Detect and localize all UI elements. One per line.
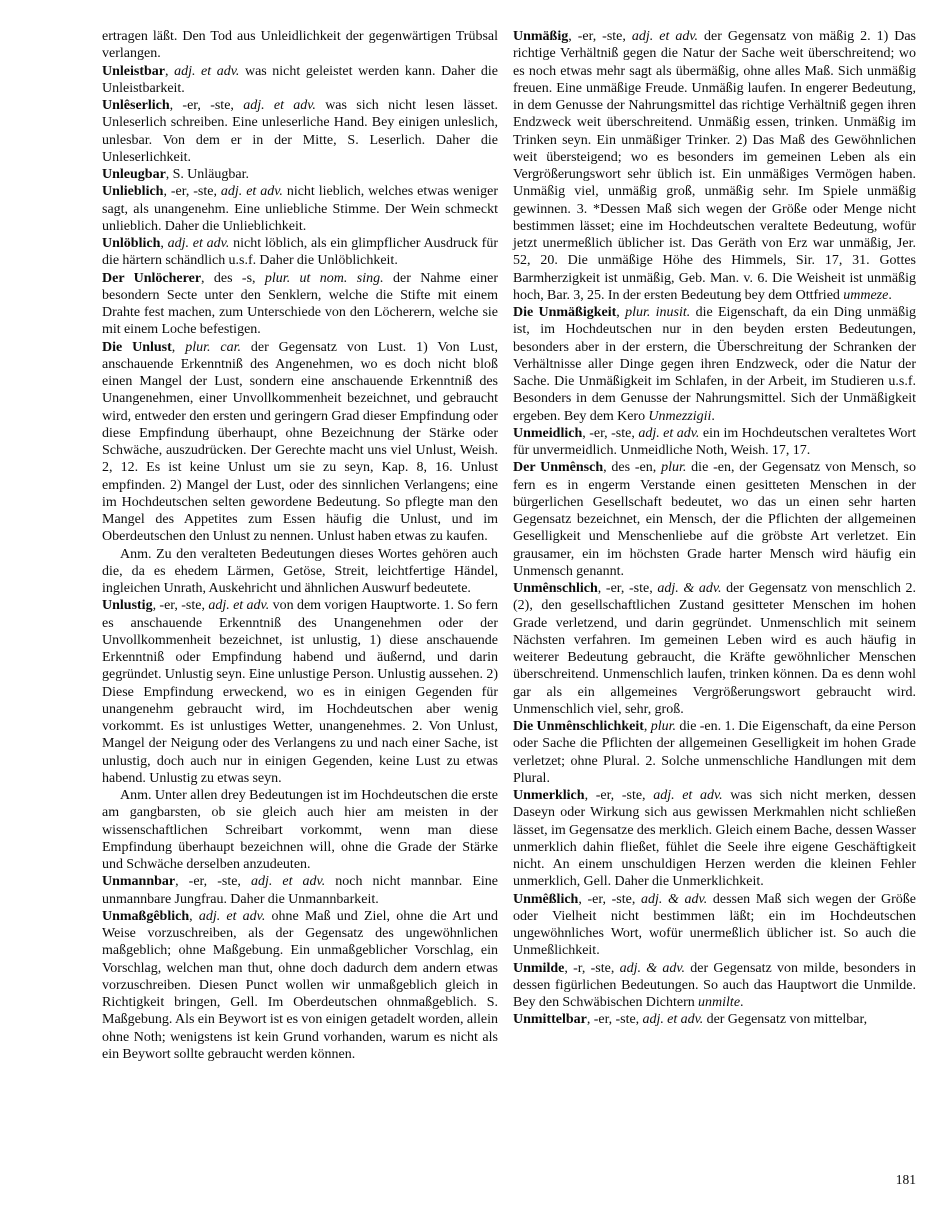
headword: Unmênschlich <box>513 581 598 596</box>
entry-text: , -er, -ste, <box>598 581 658 596</box>
headword: Unleistbar <box>102 64 165 79</box>
entry-text: , <box>189 909 199 924</box>
entry-text: der Gegensatz von menschlich 2. (2), den… <box>513 581 916 717</box>
entry-text: , -er, -ste, <box>163 184 220 199</box>
grammar-label: Unmezzigii <box>648 409 711 424</box>
entry-text: , -er, -ste, <box>582 426 638 441</box>
grammar-label: adj. & adv. <box>657 581 721 596</box>
entry-die-unmenschlichkeit: Die Unmênschlichkeit, plur. die -en. 1. … <box>513 718 916 787</box>
grammar-label: plur. ut nom. sing. <box>265 271 384 286</box>
text-column-right: Unmäßig, -er, -ste, adj. et adv. der Geg… <box>513 28 916 1029</box>
dictionary-page: { "page": { "number": "181" }, "columns"… <box>0 0 935 1210</box>
entry-text: , -er, -ste, <box>587 1012 643 1027</box>
entry-unmaessig: Unmäßig, -er, -ste, adj. et adv. der Geg… <box>513 28 916 304</box>
headword: Die Unmäßigkeit <box>513 305 616 320</box>
grammar-label: unmilte <box>698 995 740 1010</box>
page-number: 181 <box>513 1171 916 1188</box>
headword: Unmannbar <box>102 874 175 889</box>
headword: Der Unlöcherer <box>102 271 201 286</box>
headword: Unmäßig <box>513 29 568 44</box>
entry-text: , -er, -ste, <box>153 598 209 613</box>
entry-unloeblich: Unlöblich, adj. et adv. nicht löblich, a… <box>102 235 498 270</box>
entry-unleistbar: Unleistbar, adj. et adv. was nicht gelei… <box>102 63 498 98</box>
headword: Unlustig <box>102 598 153 613</box>
grammar-label: adj. et adv. <box>653 788 722 803</box>
headword: Unlêserlich <box>102 98 170 113</box>
entry-text: , des -en, <box>603 460 661 475</box>
entry-unlustig: Unlustig, -er, -ste, adj. et adv. von de… <box>102 597 498 787</box>
entry-text: der Gegensatz von Lust. 1) Von Lust, ans… <box>102 340 498 545</box>
entry-text: was sich nicht merken, dessen Daseyn ode… <box>513 788 916 889</box>
headword: Unlieblich <box>102 184 163 199</box>
entry-text: , <box>165 64 174 79</box>
entry-unmeidlich: Unmeidlich, -er, -ste, adj. et adv. ein … <box>513 425 916 460</box>
headword: Unmittelbar <box>513 1012 587 1027</box>
entry-text: der Gegensatz von mäßig 2. 1) Das richti… <box>513 29 916 303</box>
grammar-label: adj. et adv. <box>168 236 230 251</box>
page-background: ertragen läßt. Den Tod aus Unleidlichkei… <box>0 0 935 1210</box>
headword: Unmilde <box>513 961 564 976</box>
grammar-label: adj. et adv. <box>243 98 316 113</box>
grammar-label: plur. <box>651 719 676 734</box>
entry-text: die Eigenschaft, da ein Ding unmäßig ist… <box>513 305 916 424</box>
headword: Unleugbar <box>102 167 166 182</box>
grammar-label: adj. et adv. <box>174 64 239 79</box>
entry-text: , -er, -ste, <box>170 98 244 113</box>
entry-text: , -er, -ste, <box>175 874 251 889</box>
text-column-left: ertragen läßt. Den Tod aus Unleidlichkei… <box>102 28 498 1063</box>
headword: Unmerklich <box>513 788 585 803</box>
entry-unlust-anmerkung: Anm. Zu den veralteten Bedeutungen diese… <box>102 546 498 598</box>
grammar-label: adj. et adv. <box>208 598 269 613</box>
entry-text: von dem vorigen Hauptworte. 1. So fern e… <box>102 598 498 786</box>
entry-unmittelbar: Unmittelbar, -er, -ste, adj. et adv. der… <box>513 1011 916 1028</box>
entry-unleidlichkeit-continuation: ertragen läßt. Den Tod aus Unleidlichkei… <box>102 28 498 63</box>
entry-text: , <box>616 305 625 320</box>
grammar-label: adj. & adv. <box>641 892 707 907</box>
headword: Der Unmênsch <box>513 460 603 475</box>
entry-der-unloecherer: Der Unlöcherer, des -s, plur. ut nom. si… <box>102 270 498 339</box>
entry-text: , -er, -ste, <box>578 892 641 907</box>
entry-text: Anm. Zu den veralteten Bedeutungen diese… <box>102 547 498 597</box>
grammar-label: adj. et adv. <box>199 909 266 924</box>
entry-text: , <box>644 719 651 734</box>
entry-text: ohne Maß und Ziel, ohne die Art und Weis… <box>102 909 498 1062</box>
headword: Unmêßlich <box>513 892 578 907</box>
entry-text: ertragen läßt. Den Tod aus Unleidlichkei… <box>102 29 498 61</box>
entry-unlustig-anmerkung: Anm. Unter allen drey Bedeutungen ist im… <box>102 787 498 873</box>
entry-die-unmaessigkeit: Die Unmäßigkeit, plur. inusit. die Eigen… <box>513 304 916 425</box>
headword: Unmaßgêblich <box>102 909 189 924</box>
entry-unmilde: Unmilde, -r, -ste, adj. & adv. der Gegen… <box>513 960 916 1012</box>
headword: Unlöblich <box>102 236 160 251</box>
grammar-label: plur. <box>661 460 686 475</box>
entry-text: , <box>160 236 167 251</box>
entry-text: , -er, -ste, <box>568 29 632 44</box>
entry-text: , des -s, <box>201 271 265 286</box>
entry-text: . <box>888 288 892 303</box>
grammar-label: adj. et adv. <box>632 29 698 44</box>
entry-text: , -er, -ste, <box>585 788 654 803</box>
entry-der-unmensch: Der Unmênsch, des -en, plur. die -en, de… <box>513 459 916 580</box>
grammar-label: adj. & adv. <box>620 961 685 976</box>
grammar-label: adj. et adv. <box>251 874 325 889</box>
grammar-label: plur. car. <box>185 340 241 355</box>
entry-text: die -en, der Gegensatz von Mensch, so fe… <box>513 460 916 579</box>
entry-unleserlich: Unlêserlich, -er, -ste, adj. et adv. was… <box>102 97 498 166</box>
entry-text: , -r, -ste, <box>564 961 619 976</box>
entry-unmannbar: Unmannbar, -er, -ste, adj. et adv. noch … <box>102 873 498 908</box>
entry-text: , <box>172 340 185 355</box>
entry-die-unlust: Die Unlust, plur. car. der Gegensatz von… <box>102 339 498 546</box>
entry-unmesslich: Unmêßlich, -er, -ste, adj. & adv. dessen… <box>513 891 916 960</box>
headword: Unmeidlich <box>513 426 582 441</box>
grammar-label: plur. inusit. <box>625 305 690 320</box>
entry-text: , S. Unläugbar. <box>166 167 249 182</box>
entry-text: Anm. Unter allen drey Bedeutungen ist im… <box>102 788 498 872</box>
entry-unmassgeblich: Unmaßgêblich, adj. et adv. ohne Maß und … <box>102 908 498 1063</box>
grammar-label: ummeze <box>843 288 888 303</box>
entry-text: . <box>711 409 715 424</box>
entry-unmenschlich: Unmênschlich, -er, -ste, adj. & adv. der… <box>513 580 916 718</box>
grammar-label: adj. et adv. <box>642 1012 703 1027</box>
entry-text: . <box>740 995 744 1010</box>
entry-unleugbar: Unleugbar, S. Unläugbar. <box>102 166 498 183</box>
grammar-label: adj. et adv. <box>638 426 699 441</box>
entry-unlieblich: Unlieblich, -er, -ste, adj. et adv. nich… <box>102 183 498 235</box>
headword: Die Unlust <box>102 340 172 355</box>
entry-text: der Gegensatz von mittelbar, <box>703 1012 867 1027</box>
headword: Die Unmênschlichkeit <box>513 719 644 734</box>
entry-unmerklich: Unmerklich, -er, -ste, adj. et adv. was … <box>513 787 916 891</box>
grammar-label: adj. et adv. <box>221 184 283 199</box>
